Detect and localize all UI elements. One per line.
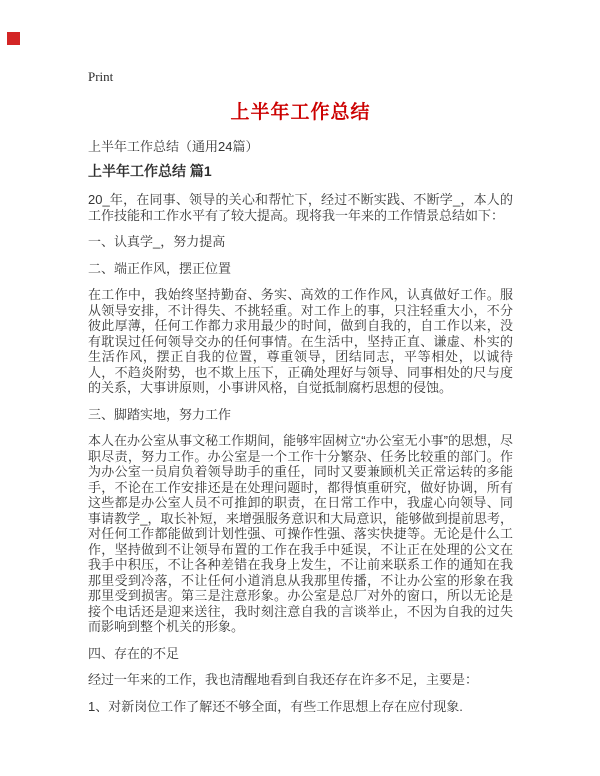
section-heading: 一、认真学_，努力提高 bbox=[88, 234, 513, 250]
document-page: Print 上半年工作总结 上半年工作总结（通用24篇） 上半年工作总结 篇1 … bbox=[0, 0, 600, 776]
document-content: 上半年工作总结 上半年工作总结（通用24篇） 上半年工作总结 篇1 20_年，在… bbox=[88, 97, 513, 725]
chapter-heading: 上半年工作总结 篇1 bbox=[88, 163, 513, 179]
body-paragraph: 本人在办公室从事文秘工作期间，能够牢固树立“办公室无小事”的思想，尽职尽责，努力… bbox=[88, 433, 513, 635]
body-paragraph: 在工作中，我始终坚持勤奋、务实、高效的工作作风，认真做好工作。服从领导安排，不计… bbox=[88, 287, 513, 396]
section-heading: 三、脚踏实地，努力工作 bbox=[88, 407, 513, 423]
section-heading: 四、存在的不足 bbox=[88, 646, 513, 662]
document-title: 上半年工作总结 bbox=[88, 97, 513, 124]
document-body: 20_年，在同事、领导的关心和帮忙下，经过不断实践、不断学_，本人的工作技能和工… bbox=[88, 192, 513, 714]
document-subtitle: 上半年工作总结（通用24篇） bbox=[88, 139, 513, 154]
click-marker bbox=[7, 32, 20, 45]
print-button[interactable]: Print bbox=[88, 69, 113, 85]
body-paragraph: 1、对新岗位工作了解还不够全面，有些工作思想上存在应付现象. bbox=[88, 699, 513, 715]
body-paragraph: 经过一年来的工作，我也清醒地看到自我还存在许多不足，主要是： bbox=[88, 672, 513, 688]
section-heading: 二、端正作风，摆正位置 bbox=[88, 261, 513, 277]
body-paragraph: 20_年，在同事、领导的关心和帮忙下，经过不断实践、不断学_，本人的工作技能和工… bbox=[88, 192, 513, 223]
